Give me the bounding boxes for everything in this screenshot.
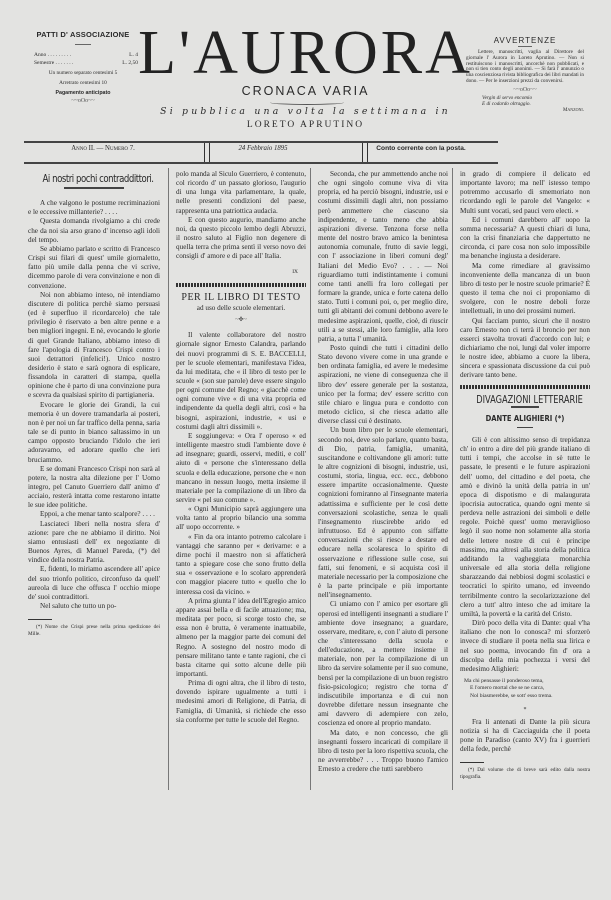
paragraph: Dirò poco della vita di Dante: qual v'ha… [460,619,590,674]
column-3: Seconda, che pur ammettendo anche noi ch… [318,170,448,774]
paragraph: Eppoi, a che menar tanto scalpore? . . .… [28,510,160,519]
paragraph: Prima di ogni altra, che il libro di tes… [176,679,306,725]
notices-box: AVVERTENZE Lettere, manoscritti, vaglia … [466,36,584,113]
column-4: in grado di compiere il delicato ed impo… [460,170,590,781]
ornament-icon: ~~oOo~~ [28,98,138,104]
ornament-icon: ~~oOo~~ [466,87,584,93]
paragraph: Il valente collaboratore del nostro gior… [176,331,306,432]
paragraph: « Ogni Municipio saprà aggiungere una vo… [176,505,306,532]
newspaper-page: PATTI D' ASSOCIAZIONE Anno . . . . . . .… [0,0,611,900]
paragraph: Un buon libro per le scuole elementari, … [318,426,448,600]
paragraph: Questa domanda rivolgiamo a chi crede ch… [28,217,160,244]
paragraph: E se domani Francesco Crispi non sarà al… [28,465,160,511]
paragraph: Evocare le glorie dei Grandi, la cui mem… [28,401,160,465]
paragraph: polo manda al Siculo Guerriero, è conten… [176,170,306,216]
paragraph: Seconda, che pur ammettendo anche noi ch… [318,170,448,344]
verse-line: Ma chi pensasse il ponderoso tema, [464,678,590,686]
notices-text: Lettere, manoscritti, vaglia al Direttor… [466,50,584,85]
footnote-rule [460,762,484,763]
author-signature: IX [176,268,298,277]
section-headline: DIVAGAZIONI LETTERARIE [476,395,574,404]
paragraph: A prima giunta l' idea dell'Egregio amic… [176,597,306,679]
paragraph: Ed i comuni darebbero all' uopo la somma… [460,216,590,262]
rule [24,141,498,143]
column-rule [452,168,453,790]
divider [518,46,532,47]
paragraph: Ci uniamo con l' amico per esortare gli … [318,600,448,728]
paragraph: in grado di compiere il delicato ed impo… [460,170,590,216]
issue-number: Anno II. — Numero 7. [24,145,182,152]
column-rule [168,168,169,790]
divider [64,187,124,189]
postal-note: Conto corrente con la posta. [344,145,498,152]
section-divider [176,283,306,287]
notices-title: AVVERTENZE [466,36,584,45]
paragraph: Se abbiamo parlato e scritto di Francesc… [28,245,160,291]
paragraph: Qui facciam punto, sicuri che il nostro … [460,317,590,381]
paragraph: Gli è con altissimo senso di trepidanza … [460,436,590,619]
issue-date: 24 Febbraio 1895 [184,145,342,152]
paragraph: Fra li antenati di Dante la più sicura n… [460,718,590,755]
footnote: (*) Nome che Crispi prese nella prima sp… [28,624,160,638]
divider [511,406,539,408]
paragraph: Nel saluto che tutto un po- [28,602,160,611]
flourish-ornament-icon [270,100,344,105]
column-rule [310,168,311,790]
column-1: Ai nostri pochi contraddittori. A che va… [28,170,160,638]
verse-line: Nol biasmerebbe, se sott' esso trema. [464,693,590,701]
paragraph: E con questo augurio, mandiamo anche noi… [176,216,306,262]
article-title: PER IL LIBRO DI TESTO [176,293,306,302]
paragraph: A che valgono le postume recriminazioni … [28,199,160,217]
verse-quote: Ma chi pensasse il ponderoso tema, E l'o… [464,678,590,701]
section-divider [460,385,590,389]
footnote: (*) Dal volume che di breve sarà edito d… [460,767,590,781]
paragraph: Posto quindi che tutti i cittadini dello… [318,344,448,426]
footnote-rule [28,619,52,620]
asterisk-separator: * [460,706,590,715]
article-title: DANTE ALIGHIERI (*) [470,414,581,423]
paragraph: Noi non abbiamo inteso, nè intendiamo di… [28,291,160,401]
paragraph: E soggiungeva: « Ora l' operoso « ed int… [176,432,306,505]
paragraph: « Fin da ora intanto potremo calcolare i… [176,533,306,597]
paragraph: Lasciateci liberi nella nostra sfera d' … [28,520,160,566]
paragraph: Ma dato, e non concesso, che gli insegna… [318,729,448,775]
ornament-icon: ~✤~ [176,316,306,325]
motto-author: Manzoni. [466,107,584,113]
paragraph: Ma come rimediare al gravissimo inconven… [460,262,590,317]
column-2: polo manda al Siculo Guerriero, è conten… [176,170,306,725]
article-subtitle: ad uso delle scuole elementari. [176,304,306,313]
paragraph: E, fidenti, lo miriamo ascendere all' ap… [28,565,160,602]
divider [517,427,533,428]
dateline-strip: Anno II. — Numero 7. 24 Febbraio 1895 Co… [24,141,498,165]
verse-line: E l'omero mortal che se ne carca, [464,685,590,693]
article-headline: Ai nostri pochi contraddittori. [43,174,146,183]
publication-place: LORETO APRUTINO [0,120,611,130]
rule [24,162,498,164]
